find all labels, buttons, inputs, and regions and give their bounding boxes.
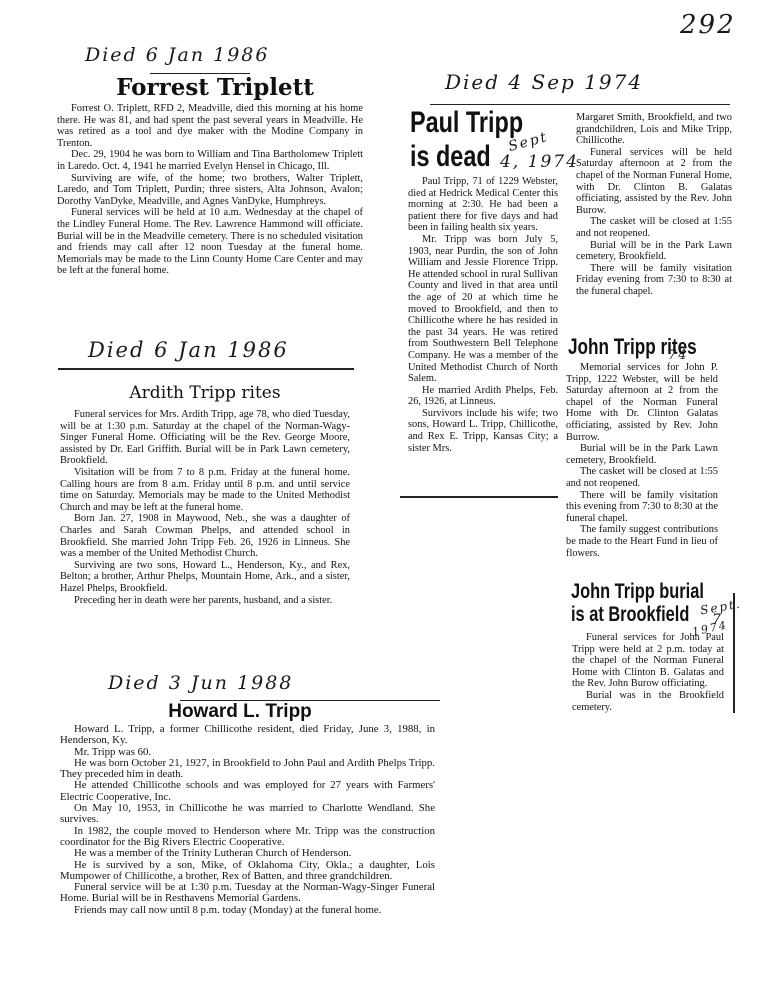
forrest-triplett-obituary: Forrest O. Triplett, RFD 2, Meadville, d… [57, 103, 363, 277]
paragraph: He is survived by a son, Mike, of Oklaho… [60, 860, 435, 883]
paragraph: Visitation will be from 7 to 8 p.m. Frid… [60, 467, 350, 513]
paragraph: The casket will be closed at 1:55 and no… [576, 216, 732, 239]
paragraph: On May 10, 1953, in Chillicothe he was m… [60, 803, 435, 826]
paragraph: Funeral services for Mrs. Ardith Tripp, … [60, 409, 350, 467]
paragraph: Funeral services for John Paul Tripp wer… [572, 632, 724, 690]
paragraph: Howard L. Tripp, a former Chillicothe re… [60, 724, 435, 747]
handwritten-death-date: Died 4 Sep 1974 [445, 70, 643, 94]
paragraph: Survivors include his wife; two sons, Ho… [408, 408, 558, 454]
paragraph: He married Ardith Phelps, Feb. 26, 1926,… [408, 385, 558, 408]
paragraph: There will be family visitation Friday e… [576, 263, 732, 298]
john-tripp-burial-headline: John Tripp burial [571, 580, 704, 604]
paragraph: Funeral service will be at 1:30 p.m. Tue… [60, 882, 435, 905]
paragraph: Surviving are two sons, Howard L., Hende… [60, 560, 350, 595]
divider [400, 496, 558, 498]
howard-tripp-headline: Howard L. Tripp [140, 701, 340, 723]
paragraph: He attended Chillicothe schools and was … [60, 780, 435, 803]
paragraph: Paul Tripp, 71 of 1229 Webster, died at … [408, 176, 558, 234]
paragraph: Preceding her in death were her parents,… [60, 595, 350, 607]
paragraph: Dec. 29, 1904 he was born to William and… [57, 149, 363, 172]
paragraph: Memorial services for John P. Tripp, 122… [566, 362, 718, 443]
paragraph: He was born October 21, 1927, in Brookfi… [60, 758, 435, 781]
paragraph: The family suggest contributions be made… [566, 524, 718, 559]
handwritten-death-date: Died 6 Jan 1986 [85, 44, 269, 66]
paragraph: Funeral services will be held Saturday a… [576, 147, 732, 217]
divider [58, 368, 354, 370]
handwritten-side-note: 4, 1974 [500, 152, 579, 172]
paragraph: Friends may call now until 8 p.m. today … [60, 905, 435, 916]
paragraph: Burial was in the Brookfield cemetery. [572, 690, 724, 713]
howard-tripp-obituary: Howard L. Tripp, a former Chillicothe re… [60, 724, 435, 916]
paragraph: Funeral services will be held at 10 a.m.… [57, 207, 363, 277]
paragraph: There will be family visitation this eve… [566, 490, 718, 525]
divider [430, 104, 730, 105]
clipping-edge [733, 593, 735, 713]
paragraph: Burial will be in the Park Lawn cemetery… [566, 443, 718, 466]
paragraph: Born Jan. 27, 1908 in Maywood, Neb., she… [60, 513, 350, 559]
paul-tripp-obituary-col1: Paul Tripp, 71 of 1229 Webster, died at … [408, 176, 558, 454]
paul-tripp-headline: Paul Tripp [410, 106, 523, 140]
page-number-annotation: 292 [680, 10, 736, 40]
paragraph: Forrest O. Triplett, RFD 2, Meadville, d… [57, 103, 363, 149]
john-tripp-burial-headline-line2: is at Brookfield [571, 603, 689, 627]
forrest-triplett-headline: Forrest Triplett [55, 74, 375, 101]
handwritten-death-date: Died 6 Jan 1986 [88, 338, 289, 362]
paul-tripp-obituary-col2: Margaret Smith, Brookfield, and two gran… [576, 112, 732, 298]
paragraph: Surviving are wife, of the home; two bro… [57, 173, 363, 208]
paragraph: He was a member of the Trinity Lutheran … [60, 848, 435, 859]
paragraph: In 1982, the couple moved to Henderson w… [60, 826, 435, 849]
handwritten-side-note: 74 [668, 348, 689, 363]
paragraph: Mr. Tripp was born July 5, 1903, near Pu… [408, 234, 558, 385]
paragraph: The casket will be closed at 1:55 and no… [566, 466, 718, 489]
ardith-tripp-headline: Ardith Tripp rites [55, 383, 355, 403]
paragraph: Burial will be in the Park Lawn cemetery… [576, 240, 732, 263]
paragraph: Margaret Smith, Brookfield, and two gran… [576, 112, 732, 147]
john-tripp-burial-obituary: Funeral services for John Paul Tripp wer… [572, 632, 724, 713]
paul-tripp-headline-line2: is dead [410, 140, 491, 174]
handwritten-death-date: Died 3 Jun 1988 [108, 672, 293, 694]
ardith-tripp-obituary: Funeral services for Mrs. Ardith Tripp, … [60, 409, 350, 606]
john-tripp-rites-obituary: Memorial services for John P. Tripp, 122… [566, 362, 718, 559]
